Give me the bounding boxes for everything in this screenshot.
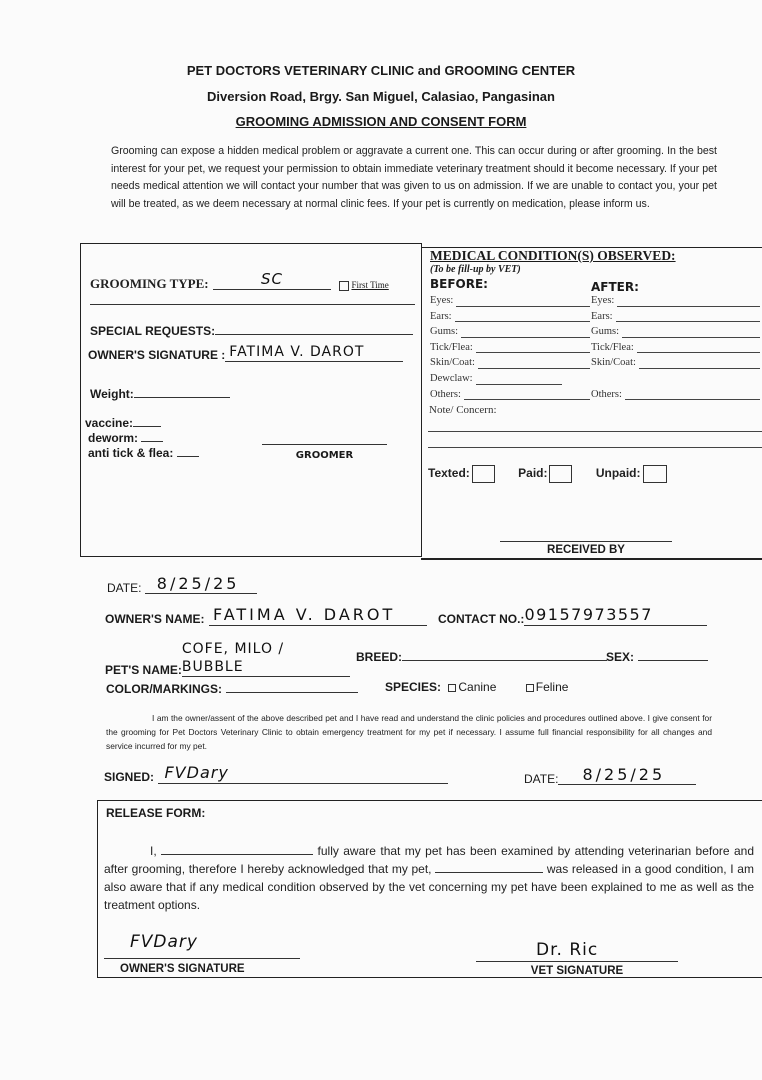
- status-row: Texted: Paid: Unpaid:: [428, 465, 667, 483]
- medical-fields: Eyes:Eyes:Ears:Ears:Gums:Gums:Tick/Flea:…: [430, 295, 760, 404]
- date-field[interactable]: 8/25/25: [145, 574, 257, 594]
- signed-row: SIGNED: FVDary: [104, 766, 448, 787]
- consent-date-field[interactable]: 8/25/25: [558, 765, 696, 785]
- release-owner-signature-value: FVDary: [130, 932, 198, 952]
- after-field-label: Ears:: [591, 311, 613, 327]
- species-feline-option[interactable]: Feline: [526, 680, 569, 694]
- owner-name-value: FATIMA V. DAROT: [213, 605, 395, 624]
- color-row: COLOR/MARKINGS:: [106, 680, 358, 698]
- after-field-label: Others:: [591, 389, 622, 405]
- owner-signature-label: OWNER'S SIGNATURE :: [88, 348, 225, 362]
- medical-field-row: Tick/Flea:Tick/Flea:: [430, 342, 760, 358]
- after-field-input[interactable]: [637, 342, 760, 354]
- grooming-type-field[interactable]: SC: [213, 270, 331, 290]
- color-label: COLOR/MARKINGS:: [106, 682, 222, 696]
- after-field-input[interactable]: [622, 326, 760, 338]
- sex-row: SEX:: [606, 648, 708, 666]
- after-field-label: Tick/Flea:: [591, 342, 634, 358]
- pet-name-label: PET'S NAME:: [105, 663, 182, 677]
- before-field-input[interactable]: [464, 389, 590, 401]
- after-field-label: Eyes:: [591, 295, 614, 311]
- contact-label: CONTACT NO.:: [438, 612, 524, 626]
- received-by-label: RECEIVED BY: [500, 544, 672, 556]
- owner-signature-field[interactable]: FATIMA V. DAROT: [225, 343, 403, 362]
- release-pet-name-field[interactable]: [435, 872, 543, 873]
- weight-label: Weight:: [90, 387, 134, 401]
- groomer-label: GROOMER: [262, 450, 387, 461]
- special-requests-row: SPECIAL REQUESTS:: [90, 322, 413, 340]
- after-field-input[interactable]: [639, 357, 760, 369]
- feline-checkbox[interactable]: [526, 684, 534, 692]
- consent-date-label: DATE:: [524, 772, 558, 786]
- breed-field[interactable]: [402, 648, 607, 661]
- before-label: BEFORE:: [430, 277, 488, 291]
- before-field-label: Dewclaw:: [430, 373, 473, 389]
- intro-paragraph: Grooming can expose a hidden medical pro…: [111, 143, 717, 213]
- contact-row: CONTACT NO.:09157973557: [438, 608, 707, 629]
- paid-label: Paid:: [518, 466, 547, 480]
- medical-field-row: Dewclaw:: [430, 373, 760, 389]
- consent-date-row: DATE:8/25/25: [524, 768, 696, 788]
- treatments-block: vaccine: deworm: anti tick & flea:: [85, 416, 199, 461]
- before-field-label: Others:: [430, 389, 461, 405]
- release-text-1: I,: [150, 844, 157, 858]
- before-field-input[interactable]: [456, 295, 590, 307]
- color-field[interactable]: [226, 680, 358, 693]
- after-field-input[interactable]: [625, 389, 760, 401]
- first-time-option[interactable]: First Time: [339, 280, 388, 290]
- consent-date-value: 8/25/25: [582, 765, 665, 784]
- owner-name-field[interactable]: FATIMA V. DAROT: [209, 605, 427, 626]
- groomer-signature-line[interactable]: [262, 444, 387, 445]
- special-requests-field[interactable]: [215, 322, 413, 335]
- special-requests-label: SPECIAL REQUESTS:: [90, 324, 215, 338]
- date-value: 8/25/25: [157, 574, 240, 593]
- grooming-type-value: SC: [261, 270, 283, 288]
- vet-signature-line[interactable]: [476, 961, 678, 962]
- vaccine-field[interactable]: [133, 426, 161, 427]
- form-title: GROOMING ADMISSION AND CONSENT FORM: [0, 114, 762, 129]
- note-line-2[interactable]: [428, 447, 762, 448]
- vet-signature-value: Dr. Ric: [536, 940, 598, 960]
- before-field-label: Tick/Flea:: [430, 342, 473, 358]
- pet-name-row: PET'S NAME:COFE, MILO / BUBBLE: [105, 643, 350, 680]
- date-row: DATE: 8/25/25: [107, 577, 257, 597]
- signed-label: SIGNED:: [104, 770, 154, 784]
- note-line-1[interactable]: [428, 431, 762, 432]
- after-field-input[interactable]: [617, 295, 760, 307]
- sex-field[interactable]: [638, 648, 708, 661]
- before-field-label: Eyes:: [430, 295, 453, 311]
- antitick-label: anti tick & flea:: [88, 446, 173, 460]
- owner-signature-row: OWNER'S SIGNATURE :FATIMA V. DAROT: [88, 346, 403, 365]
- canine-label: Canine: [458, 680, 496, 694]
- release-paragraph: I, fully aware that my pet has been exam…: [104, 842, 754, 914]
- texted-checkbox[interactable]: [472, 465, 495, 483]
- pet-name-field[interactable]: COFE, MILO / BUBBLE: [182, 640, 350, 677]
- medical-field-row: Eyes:Eyes:: [430, 295, 760, 311]
- medical-field-row: Others:Others:: [430, 389, 760, 405]
- release-owner-signature-line[interactable]: [104, 958, 300, 959]
- weight-field[interactable]: [134, 385, 230, 398]
- before-field-label: Gums:: [430, 326, 458, 342]
- vet-signature-label: VET SIGNATURE: [476, 965, 678, 977]
- contact-value: 09157973557: [524, 605, 652, 624]
- before-field-input[interactable]: [476, 373, 562, 385]
- grooming-type-label: GROOMING TYPE:: [90, 276, 209, 291]
- texted-label: Texted:: [428, 466, 470, 480]
- release-owner-signature-label: OWNER'S SIGNATURE: [120, 963, 245, 975]
- owner-name-row: OWNER'S NAME: FATIMA V. DAROT: [105, 608, 427, 629]
- before-field-input[interactable]: [476, 342, 590, 354]
- owner-signature-value: FATIMA V. DAROT: [229, 344, 364, 360]
- before-field-label: Skin/Coat:: [430, 357, 475, 373]
- breed-row: BREED:: [356, 648, 607, 666]
- medical-box-bottom: [421, 558, 762, 560]
- antitick-field[interactable]: [177, 456, 199, 457]
- received-by-line[interactable]: [500, 541, 672, 542]
- species-row: SPECIES: Canine Feline: [385, 680, 568, 694]
- after-label: AFTER:: [591, 280, 639, 294]
- medical-field-row: Skin/Coat:Skin/Coat:: [430, 357, 760, 373]
- medical-subtitle: (To be fill-up by VET): [430, 264, 521, 275]
- weight-row: Weight:: [90, 385, 230, 403]
- signed-value: FVDary: [164, 763, 228, 782]
- medical-field-row: Gums:Gums:: [430, 326, 760, 342]
- note-concern-label: Note/ Concern:: [429, 404, 497, 416]
- before-field-input[interactable]: [455, 311, 590, 323]
- first-time-checkbox[interactable]: [339, 281, 349, 291]
- after-field-input[interactable]: [616, 311, 760, 323]
- clinic-name: PET DOCTORS VETERINARY CLINIC and GROOMI…: [0, 63, 762, 78]
- release-title: RELEASE FORM:: [106, 806, 205, 820]
- grooming-type-extra-line: [90, 304, 415, 305]
- grooming-type-row: GROOMING TYPE: SC First Time: [90, 274, 389, 294]
- pet-name-value: COFE, MILO / BUBBLE: [182, 641, 284, 675]
- before-field-label: Ears:: [430, 311, 452, 327]
- deworm-field[interactable]: [141, 441, 163, 442]
- after-field-label: Skin/Coat:: [591, 357, 636, 373]
- vaccine-label: vaccine:: [85, 416, 133, 430]
- first-time-label: First Time: [351, 280, 388, 290]
- consent-paragraph: I am the owner/assent of the above descr…: [106, 711, 712, 753]
- species-label: SPECIES:: [385, 680, 441, 694]
- feline-label: Feline: [536, 680, 569, 694]
- sex-label: SEX:: [606, 650, 634, 664]
- before-field-input[interactable]: [478, 357, 590, 369]
- clinic-address: Diversion Road, Brgy. San Miguel, Calasi…: [0, 89, 762, 104]
- owner-name-label: OWNER'S NAME:: [105, 612, 205, 626]
- contact-field[interactable]: 09157973557: [524, 605, 707, 626]
- unpaid-checkbox[interactable]: [643, 465, 667, 483]
- date-label: DATE:: [107, 581, 141, 595]
- medical-field-row: Ears:Ears:: [430, 311, 760, 327]
- paid-checkbox[interactable]: [549, 465, 572, 483]
- signed-field[interactable]: FVDary: [158, 763, 448, 784]
- after-field-label: Gums:: [591, 326, 619, 342]
- canine-checkbox[interactable]: [448, 684, 456, 692]
- before-field-input[interactable]: [461, 326, 590, 338]
- release-owner-name-field[interactable]: [161, 854, 313, 855]
- deworm-label: deworm:: [88, 431, 138, 445]
- breed-label: BREED:: [356, 650, 402, 664]
- medical-title: MEDICAL CONDITION(S) OBSERVED:: [430, 248, 676, 264]
- unpaid-label: Unpaid:: [596, 466, 641, 480]
- species-canine-option[interactable]: Canine: [448, 680, 496, 694]
